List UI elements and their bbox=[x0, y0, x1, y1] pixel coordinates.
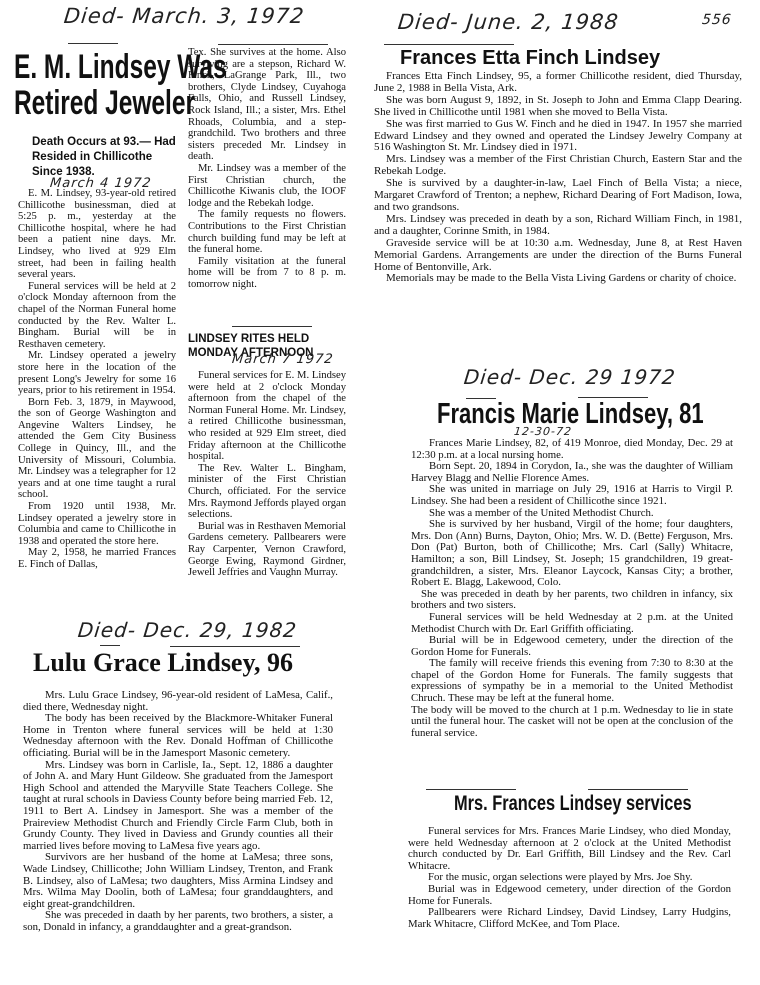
paragraph: She was united in marriage on July 29, 1… bbox=[411, 484, 733, 507]
column-2: Tex. She survives at the home. Also surv… bbox=[188, 47, 346, 290]
paragraph: Burial was in Edgewood cemetery, under d… bbox=[408, 884, 731, 907]
handwritten-page-number: 556 bbox=[701, 12, 732, 28]
paragraph: She was first married to Gus W. Finch an… bbox=[374, 119, 742, 155]
divider bbox=[100, 645, 120, 646]
paragraph: The body has been received by the Blackm… bbox=[23, 713, 333, 759]
paragraph: She is survived by a daughter-in-law, La… bbox=[374, 178, 742, 214]
services-headline: Mrs. Frances Lindsey services bbox=[454, 791, 692, 817]
paragraph: Graveside service will be at 10:30 a.m. … bbox=[374, 238, 742, 274]
paragraph: From 1920 until 1938, Mr. Lindsey operat… bbox=[18, 501, 176, 547]
paragraph: The body will be moved to the church at … bbox=[411, 705, 733, 740]
subheadline: Death Occurs at 93.— Had Resided in Chil… bbox=[32, 135, 182, 180]
lulu-headline: Lulu Grace Lindsey, 96 bbox=[33, 648, 293, 678]
paragraph: She was born August 9, 1892, in St. Jose… bbox=[374, 95, 742, 119]
lulu-body: Mrs. Lulu Grace Lindsey, 96-year-old res… bbox=[23, 690, 333, 933]
paragraph: The family will receive friends this eve… bbox=[411, 658, 733, 704]
divider bbox=[170, 646, 300, 647]
paragraph: Memorials may be made to the Bella Vista… bbox=[374, 273, 742, 285]
handwritten-death-date-francis-marie: Died- Dec. 29 1972 bbox=[463, 365, 677, 389]
handwritten-death-date-em: Died- March. 3, 1972 bbox=[63, 4, 306, 28]
paragraph: Mrs. Lindsey was a member of the First C… bbox=[374, 154, 742, 178]
paragraph: Burial will be in Edgewood cemetery, und… bbox=[411, 635, 733, 658]
frances-etta-headline: Frances Etta Finch Lindsey bbox=[400, 46, 660, 70]
rites-body: Funeral services for E. M. Lindsey were … bbox=[188, 370, 346, 579]
paragraph: Mrs. Lindsey was preceded in death by a … bbox=[374, 214, 742, 238]
column-1: E. M. Lindsey, 93-year-old retired Chill… bbox=[18, 188, 176, 571]
frances-etta-body: Frances Etta Finch Lindsey, 95, a former… bbox=[374, 71, 742, 285]
paragraph: Funeral services for E. M. Lindsey were … bbox=[188, 370, 346, 463]
paragraph: Burial was in Resthaven Memorial Gardens… bbox=[188, 521, 346, 579]
paragraph: Mrs. Lindsey was born in Carlisle, Ia., … bbox=[23, 760, 333, 853]
handwritten-rites-stamp: March 7 1972 bbox=[231, 352, 334, 367]
divider bbox=[68, 43, 118, 44]
divider bbox=[218, 44, 328, 45]
paragraph: Survivors are her husband of the home at… bbox=[23, 852, 333, 910]
paragraph: The family requests no flowers. Contribu… bbox=[188, 209, 346, 255]
services-body: Funeral services for Mrs. Frances Marie … bbox=[408, 826, 731, 930]
paragraph: Pallbearers were Richard Lindsey, David … bbox=[408, 907, 731, 930]
paragraph: Born Feb. 3, 1879, in Maywood, the son o… bbox=[18, 397, 176, 501]
handwritten-death-date-lulu: Died- Dec. 29, 1982 bbox=[77, 618, 299, 642]
paragraph: She is survived by her husband, Virgil o… bbox=[411, 519, 733, 589]
handwritten-death-date-frances-etta: Died- June. 2, 1988 bbox=[397, 10, 620, 34]
paragraph: Tex. She survives at the home. Also surv… bbox=[188, 47, 346, 163]
headline-line2: Retired Jeweler bbox=[14, 86, 195, 120]
paragraph: E. M. Lindsey, 93-year-old retired Chill… bbox=[18, 188, 176, 281]
paragraph: She was preceded in death by her parents… bbox=[411, 589, 733, 612]
paragraph: She was preceded in daath by her parents… bbox=[23, 910, 333, 933]
divider bbox=[232, 326, 312, 327]
paragraph: Born Sept. 20, 1894 in Corydon, Ia., she… bbox=[411, 461, 733, 484]
divider bbox=[384, 44, 514, 45]
paragraph: Frances Marie Lindsey, 82, of 419 Monroe… bbox=[411, 438, 733, 461]
paragraph: Mr. Lindsey operated a jewelry store her… bbox=[18, 350, 176, 396]
divider bbox=[588, 789, 688, 790]
paragraph: May 2, 1958, he married Frances E. Finch… bbox=[18, 547, 176, 570]
paragraph: Funeral services will be held at 2 o'clo… bbox=[18, 281, 176, 351]
paragraph: The Rev. Walter L. Bingham, minister of … bbox=[188, 463, 346, 521]
paragraph: Funeral services will be held Wednesday … bbox=[411, 612, 733, 635]
paragraph: Mr. Lindsey was a member of the First Ch… bbox=[188, 163, 346, 209]
divider bbox=[426, 789, 516, 790]
paragraph: Family visitation at the funeral home wi… bbox=[188, 256, 346, 291]
paragraph: Frances Etta Finch Lindsey, 95, a former… bbox=[374, 71, 742, 95]
paragraph: Mrs. Lulu Grace Lindsey, 96-year-old res… bbox=[23, 690, 333, 713]
francis-marie-body: Frances Marie Lindsey, 82, of 419 Monroe… bbox=[411, 438, 733, 739]
paragraph: Funeral services for Mrs. Frances Marie … bbox=[408, 826, 731, 872]
